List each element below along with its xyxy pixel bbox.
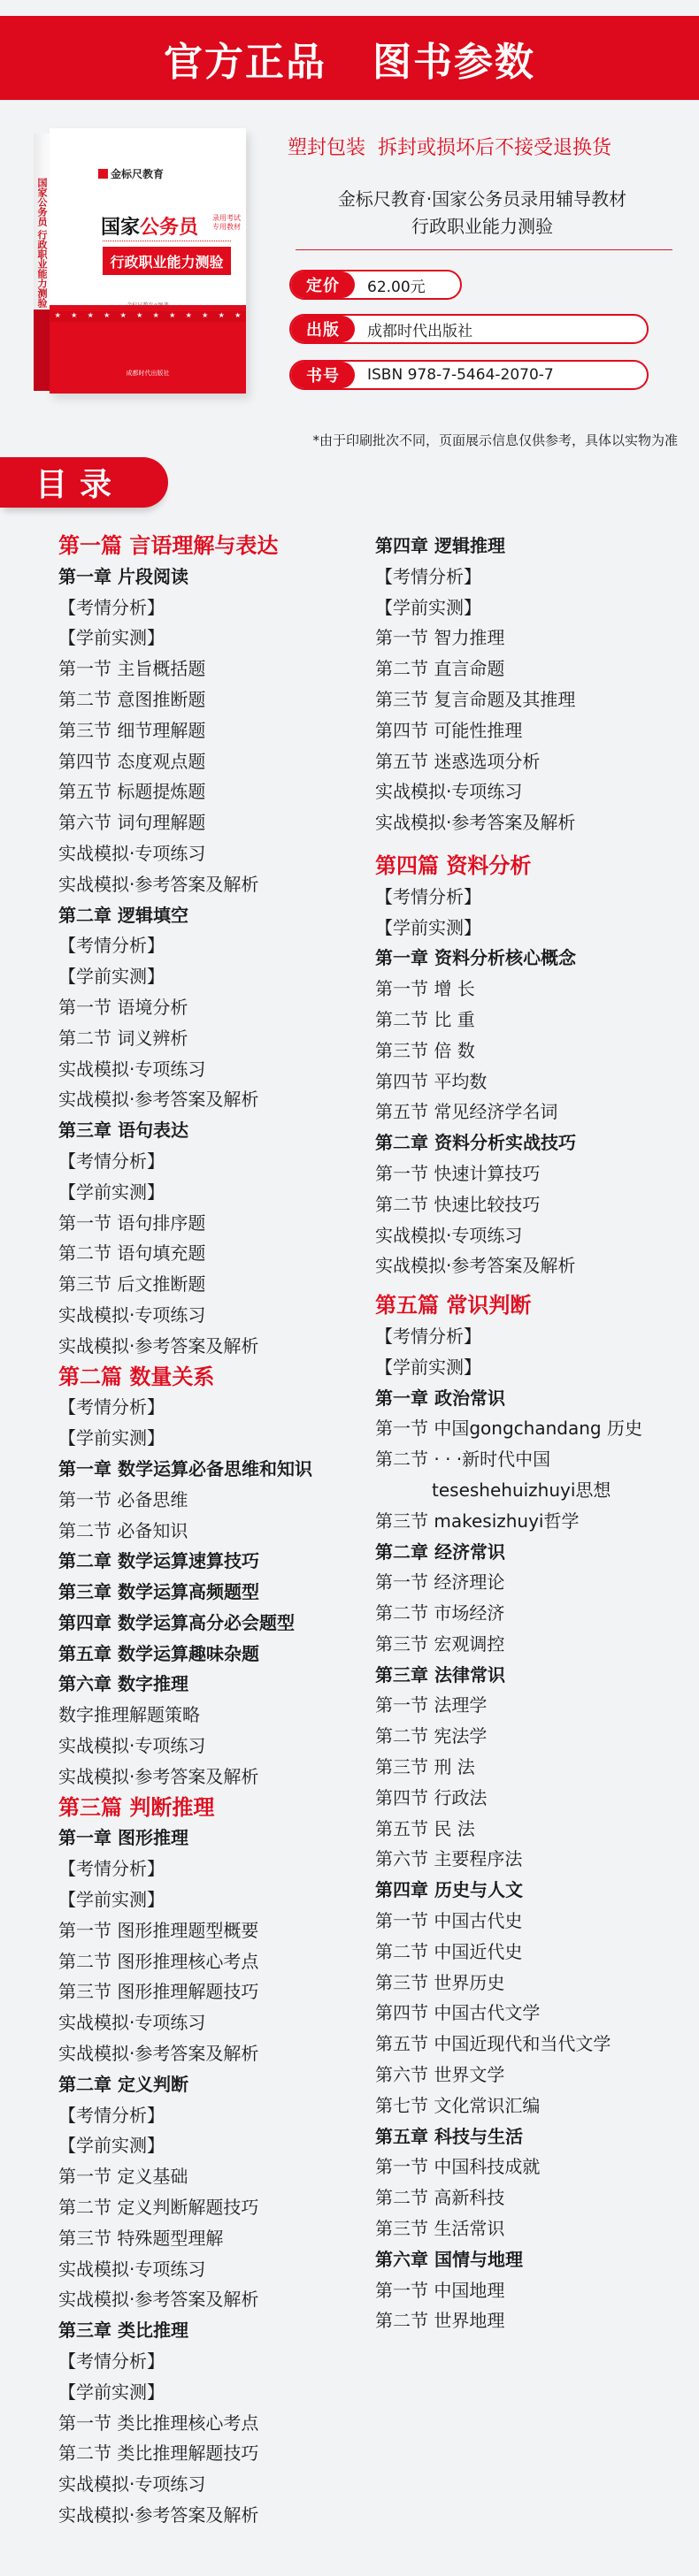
divider — [296, 249, 672, 250]
book-cover-image: 国家公务员 行政职业能力测验 金标尺教育 国家公务员 录用考试专用教材 行政职业… — [34, 128, 246, 394]
toc-section: 第四节 态度观点题 — [58, 746, 359, 777]
toc-section: 第二节 高新科技 — [375, 2182, 694, 2213]
toc-part: 第三篇 判断推理 — [58, 1792, 359, 1823]
toc-tag: 【考情分析】 — [58, 1146, 359, 1177]
toc-section: 第五节 中国近现代和当代文学 — [375, 2029, 694, 2060]
toc-chapter: 第五章 科技与生活 — [375, 2121, 694, 2152]
toc-section: 第二节 · · ·新时代中国 — [375, 1444, 694, 1475]
star-icon: ★ — [202, 311, 208, 322]
toc-section: 第二节 语句填充题 — [58, 1238, 359, 1269]
toc-section: 第一节 语境分析 — [58, 992, 359, 1023]
toc-section: 实战模拟·专项练习 — [58, 1054, 359, 1085]
toc-section: 实战模拟·参考答案及解析 — [58, 2038, 359, 2069]
toc-right-column: 第四章 逻辑推理【考情分析】【学前实测】第一节 智力推理第二节 直言命题第三节 … — [375, 531, 694, 2336]
toc-section: 第二节 类比推理解题技巧 — [58, 2438, 359, 2469]
book-subject: 行政职业能力测验 — [103, 247, 231, 275]
toc-tag: 【考情分析】 — [58, 1854, 359, 1884]
toc-section: 第二节 中国近代史 — [375, 1937, 694, 1968]
toc-chapter: 第一章 资料分析核心概念 — [375, 943, 694, 974]
spec-price-label: 定价 — [291, 271, 355, 298]
toc-section: 第二节 意图推断题 — [58, 684, 359, 715]
toc-chapter: 第二章 定义判断 — [58, 2069, 359, 2100]
divider — [103, 241, 231, 241]
toc-section: 实战模拟·专项练习 — [58, 838, 359, 869]
toc-section: 实战模拟·专项练习 — [58, 1731, 359, 1762]
toc-section: 实战模拟·参考答案及解析 — [58, 1331, 359, 1362]
toc-section: 第一节 定义基础 — [58, 2161, 359, 2192]
toc-section: 第三节 宏观调控 — [375, 1629, 694, 1660]
toc-tag: 【学前实测】 — [58, 623, 359, 654]
toc-section: 第一节 中国科技成就 — [375, 2152, 694, 2182]
star-icon: ★ — [136, 311, 142, 322]
publisher-logo: 金标尺教育 — [98, 166, 164, 181]
toc-tag: 【考情分析】 — [58, 592, 359, 623]
toc-section: 第一节 图形推理题型概要 — [58, 1915, 359, 1946]
toc-tag: 【考情分析】 — [58, 930, 359, 961]
toc-section: 第二节 定义判断解题技巧 — [58, 2192, 359, 2223]
toc-section: 实战模拟·专项练习 — [375, 1220, 694, 1251]
toc-heading: 目录 — [35, 460, 124, 505]
toc-section: 第七节 文化常识汇编 — [375, 2091, 694, 2121]
star-icon: ★ — [104, 311, 110, 322]
book-spine-red — [34, 310, 50, 391]
toc-section: 第二节 市场经济 — [375, 1598, 694, 1629]
toc-chapter: 第三章 类比推理 — [58, 2315, 359, 2346]
toc-section: 实战模拟·专项练习 — [58, 2469, 359, 2500]
toc-tag: 【学前实测】 — [375, 592, 694, 623]
toc-chapter: 第四章 数学运算高分必会题型 — [58, 1608, 359, 1639]
logo-text: 金标尺教育 — [111, 166, 164, 181]
toc-section: 第五节 标题提炼题 — [58, 776, 359, 807]
toc-section: 第二节 快速比较技巧 — [375, 1189, 694, 1220]
toc-section: 第二节 宪法学 — [375, 1721, 694, 1752]
toc-section: 第二节 世界地理 — [375, 2305, 694, 2336]
toc-section: 第一节 主旨概括题 — [58, 654, 359, 684]
toc-section: 实战模拟·专项练习 — [375, 776, 694, 807]
toc-chapter: 第一章 图形推理 — [58, 1823, 359, 1854]
toc-section: 第三节 倍 数 — [375, 1036, 694, 1066]
toc-section: 第五节 民 法 — [375, 1814, 694, 1845]
toc-section: 第二节 图形推理核心考点 — [58, 1946, 359, 1977]
series-red: 公务员 — [140, 216, 198, 239]
toc-tag: 【学前实测】 — [58, 1884, 359, 1915]
star-icon: ★ — [55, 311, 61, 322]
toc-section: 实战模拟·参考答案及解析 — [375, 807, 694, 838]
toc-chapter: 第二章 经济常识 — [375, 1537, 694, 1568]
toc-section: 第三节 细节理解题 — [58, 715, 359, 746]
toc-section: 第三节 刑 法 — [375, 1752, 694, 1783]
toc-section: 第三节 特殊题型理解 — [58, 2223, 359, 2254]
toc-section: 第一节 经济理论 — [375, 1567, 694, 1598]
toc-section: 实战模拟·参考答案及解析 — [375, 1250, 694, 1281]
toc-section: 数字推理解题策略 — [58, 1700, 359, 1731]
toc-section: 第三节 makesizhuyi哲学 — [375, 1506, 694, 1537]
toc-chapter: 第一章 数学运算必备思维和知识 — [58, 1454, 359, 1485]
toc-part: 第五篇 常识判断 — [375, 1290, 694, 1321]
book-publisher: 成都时代出版社 — [50, 369, 246, 378]
toc-section: 第二节 必备知识 — [58, 1516, 359, 1547]
toc-chapter: 第一章 片段阅读 — [58, 562, 359, 592]
toc-section: 第三节 复言命题及其推理 — [375, 684, 694, 715]
toc-chapter: 第四章 历史与人文 — [375, 1875, 694, 1906]
spec-isbn-value: ISBN 978-7-5464-2070-7 — [355, 366, 554, 384]
toc-section: 第一节 中国gongchandang 历史 — [375, 1413, 694, 1444]
toc-section: 第六节 世界文学 — [375, 2060, 694, 2091]
toc-section: 实战模拟·参考答案及解析 — [58, 2284, 359, 2315]
book-front: 金标尺教育 国家公务员 录用考试专用教材 行政职业能力测验 金标尺教育◎编著 ★… — [50, 128, 246, 394]
star-icon: ★ — [71, 311, 77, 322]
toc-section: 实战模拟·专项练习 — [58, 2007, 359, 2038]
spec-isbn: 书号 ISBN 978-7-5464-2070-7 — [289, 360, 649, 390]
spine-text: 国家公务员 行政职业能力测验 — [36, 178, 47, 308]
toc-section: 第三节 图形推理解题技巧 — [58, 1976, 359, 2007]
toc-part: 第二篇 数量关系 — [58, 1362, 359, 1393]
book-series-sub: 录用考试专用教材 — [212, 214, 246, 232]
toc-chapter: 第二章 数学运算速算技巧 — [58, 1546, 359, 1577]
toc-section: 第五节 迷惑选项分析 — [375, 746, 694, 777]
toc-section: 第一节 语句排序题 — [58, 1208, 359, 1239]
toc-section: 实战模拟·参考答案及解析 — [58, 1762, 359, 1792]
toc-chapter: 第三章 法律常识 — [375, 1660, 694, 1691]
banner-title: 官方正品 图书参数 — [164, 30, 535, 87]
star-icon: ★ — [169, 311, 175, 322]
toc-section: 第一节 中国地理 — [375, 2275, 694, 2306]
toc-section: 第一节 必备思维 — [58, 1485, 359, 1516]
toc-tag: 【考情分析】 — [58, 2100, 359, 2131]
star-icon: ★ — [88, 311, 94, 322]
spec-publisher-value: 成都时代出版社 — [355, 318, 472, 340]
star-icon: ★ — [234, 311, 241, 322]
header-banner: 官方正品 图书参数 — [0, 16, 699, 100]
toc-section: 第一节 快速计算技巧 — [375, 1158, 694, 1189]
toc-cont: teseshehuizhuyi思想 — [375, 1475, 694, 1506]
logo-icon — [98, 169, 108, 179]
toc-tag: 【考情分析】 — [375, 882, 694, 913]
toc-section: 第二节 比 重 — [375, 1005, 694, 1036]
star-icon: ★ — [219, 311, 225, 322]
toc-section: 实战模拟·参考答案及解析 — [58, 869, 359, 900]
toc-chapter: 第二章 逻辑填空 — [58, 900, 359, 931]
spec-price-value: 62.00元 — [355, 274, 426, 296]
toc-section: 第一节 增 长 — [375, 974, 694, 1005]
toc-section: 第三节 世界历史 — [375, 1968, 694, 1999]
toc-tag: 【学前实测】 — [58, 1423, 359, 1454]
toc-tag: 【考情分析】 — [375, 1321, 694, 1352]
spec-publisher: 出版 成都时代出版社 — [289, 314, 649, 344]
toc-section: 第二节 词义辨析 — [58, 1023, 359, 1054]
spec-isbn-label: 书号 — [291, 362, 355, 388]
toc-section: 第四节 平均数 — [375, 1066, 694, 1097]
product-title-line2: 行政职业能力测验 — [288, 213, 677, 241]
book-series-title: 国家公务员 — [101, 212, 198, 240]
toc-part: 第一篇 言语理解与表达 — [58, 531, 359, 562]
toc-chapter: 第三章 语句表达 — [58, 1115, 359, 1146]
product-title-line1: 金标尺教育·国家公务员录用辅导教材 — [288, 186, 677, 213]
toc-section: 实战模拟·专项练习 — [58, 1300, 359, 1331]
toc-chapter: 第一章 政治常识 — [375, 1383, 694, 1414]
toc-tag: 【考情分析】 — [58, 1392, 359, 1423]
toc-section: 第一节 中国古代史 — [375, 1906, 694, 1937]
toc-section: 第六节 词句理解题 — [58, 807, 359, 838]
toc-section: 实战模拟·专项练习 — [58, 2254, 359, 2285]
toc-gap — [375, 838, 694, 851]
toc-tag: 【考情分析】 — [58, 2346, 359, 2377]
toc-section: 第三节 后文推断题 — [58, 1269, 359, 1300]
series-black: 国家 — [101, 216, 140, 239]
star-icon: ★ — [120, 311, 127, 322]
toc-section: 第四节 行政法 — [375, 1783, 694, 1814]
toc-tag: 【学前实测】 — [58, 2377, 359, 2408]
toc-tag: 【学前实测】 — [58, 2130, 359, 2161]
toc-chapter: 第四章 逻辑推理 — [375, 531, 694, 562]
spec-publisher-label: 出版 — [291, 316, 355, 342]
star-icon: ★ — [153, 311, 159, 322]
toc-section: 第四节 可能性推理 — [375, 715, 694, 746]
star-icon: ★ — [186, 311, 192, 322]
toc-tag: 【学前实测】 — [58, 1177, 359, 1208]
toc-section: 第一节 法理学 — [375, 1690, 694, 1721]
toc-section: 第一节 智力推理 — [375, 623, 694, 654]
toc-part: 第四篇 资料分析 — [375, 851, 694, 882]
packaging-notice: 塑封包装 拆封或损坏后不接受退换货 — [288, 133, 611, 160]
toc-chapter: 第二章 资料分析实战技巧 — [375, 1127, 694, 1158]
product-title: 金标尺教育·国家公务员录用辅导教材 行政职业能力测验 — [288, 186, 677, 241]
toc-section: 第四节 中国古代文学 — [375, 1998, 694, 2029]
toc-chapter: 第六章 国情与地理 — [375, 2244, 694, 2275]
toc-section: 第二节 直言命题 — [375, 654, 694, 684]
spec-price: 定价 62.00元 — [289, 270, 462, 300]
toc-section: 第六节 主要程序法 — [375, 1844, 694, 1875]
toc-tag: 【学前实测】 — [375, 913, 694, 944]
toc-gap-sm — [375, 1281, 694, 1290]
toc-tag: 【学前实测】 — [58, 961, 359, 992]
star-row: ★★★★★★★★★★★★ — [50, 311, 246, 322]
toc-section: 第一节 类比推理核心考点 — [58, 2408, 359, 2439]
toc-tag: 【考情分析】 — [375, 562, 694, 592]
toc-chapter: 第三章 数学运算高频题型 — [58, 1577, 359, 1608]
toc-left-column: 第一篇 言语理解与表达第一章 片段阅读【考情分析】【学前实测】第一节 主旨概括题… — [58, 531, 359, 2531]
toc-section: 实战模拟·参考答案及解析 — [58, 2500, 359, 2531]
toc-chapter: 第六章 数字推理 — [58, 1669, 359, 1700]
toc-section: 第三节 生活常识 — [375, 2213, 694, 2244]
toc-chapter: 第五章 数学运算趣味杂题 — [58, 1639, 359, 1670]
toc-tag: 【学前实测】 — [375, 1352, 694, 1383]
toc-section: 第五节 常见经济学名词 — [375, 1097, 694, 1127]
toc-section: 实战模拟·参考答案及解析 — [58, 1084, 359, 1115]
disclaimer: *由于印刷批次不同，页面展示信息仅供参考，具体以实物为准 — [312, 431, 678, 449]
toc-heading-tab: 目录 — [0, 457, 168, 508]
